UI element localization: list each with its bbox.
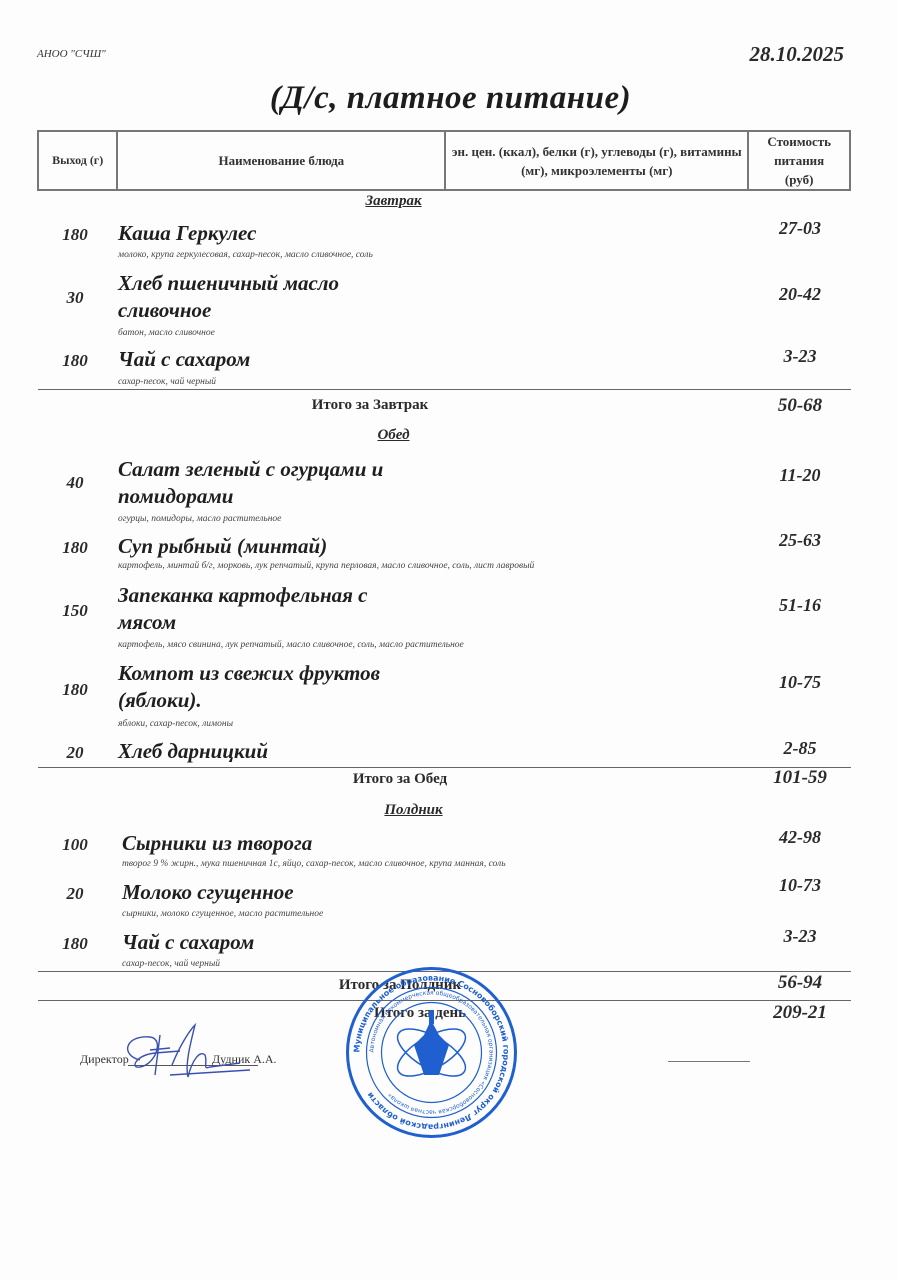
item-cost: 27-03: [755, 218, 845, 239]
header-dish-name: Наименование блюда: [117, 131, 445, 190]
official-stamp-icon: Муниципальное образование Сосновоборский…: [344, 965, 519, 1140]
item-name: Молоко сгущенное: [122, 879, 442, 906]
menu-table-header: Выход (г) Наименование блюда эн. цен. (к…: [37, 130, 851, 191]
item-yield: 20: [35, 884, 115, 904]
item-name: Суп рыбный (минтай): [118, 533, 438, 560]
item-yield: 40: [35, 473, 115, 493]
item-yield: 180: [35, 225, 115, 245]
item-name: Чай с сахаром: [122, 929, 442, 956]
section-title-lunch: Обед: [0, 427, 787, 444]
item-yield: 100: [35, 835, 115, 855]
item-name: Хлеб дарницкий: [118, 738, 438, 765]
item-cost: 2-85: [755, 738, 845, 759]
header-cost-line: Стоимость: [751, 132, 847, 151]
item-cost: 10-73: [755, 875, 845, 896]
handwritten-signature-icon: [110, 1015, 250, 1095]
item-cost: 51-16: [755, 595, 845, 616]
item-name: Салат зеленый с огурцами и помидорами: [118, 456, 418, 510]
item-cost: 20-42: [755, 284, 845, 305]
header-yield: Выход (г): [38, 131, 117, 190]
item-cost: 11-20: [755, 465, 845, 486]
item-cost: 10-75: [755, 672, 845, 693]
item-ingredients: картофель, мясо свинина, лук репчатый, м…: [118, 640, 464, 650]
organization-name: АНОО "СЧШ": [37, 48, 106, 60]
item-name: Каша Геркулес: [118, 220, 438, 247]
divider: [38, 389, 851, 390]
item-yield: 20: [35, 743, 115, 763]
item-ingredients: сырники, молоко сгущенное, масло растите…: [122, 909, 323, 919]
item-name: Хлеб пшеничный масло сливочное: [118, 270, 398, 324]
lunch-total-value: 101-59: [755, 767, 845, 789]
item-cost: 42-98: [755, 827, 845, 848]
item-ingredients: молоко, крупа геркулесовая, сахар-песок,…: [118, 250, 373, 260]
item-ingredients: картофель, минтай б/г, морковь, лук репч…: [118, 561, 534, 571]
breakfast-total-label: Итого за Завтрак: [200, 397, 540, 414]
section-title-snack: Полдник: [20, 802, 807, 819]
item-ingredients: сахар-песок, чай черный: [122, 959, 220, 969]
item-name: Запеканка картофельная с мясом: [118, 582, 418, 636]
item-name: Сырники из творога: [122, 830, 442, 857]
item-ingredients: сахар-песок, чай черный: [118, 377, 216, 387]
blank-line: [668, 1061, 750, 1062]
page-title: (Д/с, платное питание): [0, 80, 897, 117]
snack-total-value: 56-94: [755, 972, 845, 994]
item-ingredients: батон, масло сливочное: [118, 328, 215, 338]
item-yield: 150: [35, 601, 115, 621]
item-cost: 3-23: [755, 926, 845, 947]
item-yield: 180: [35, 351, 115, 371]
item-cost: 25-63: [755, 530, 845, 551]
page-title-text: (Д/с, платное питание): [270, 80, 631, 116]
item-name: Компот из свежих фруктов (яблоки).: [118, 660, 438, 714]
day-total-value: 209-21: [755, 1002, 845, 1024]
header-cost-line: (руб): [751, 170, 847, 189]
item-ingredients: творог 9 % жирн., мука пшеничная 1с, яйц…: [122, 859, 506, 869]
header-cost-line: питания: [751, 151, 847, 170]
item-yield: 180: [35, 934, 115, 954]
header-cost: Стоимость питания (руб): [748, 131, 850, 190]
item-name: Чай с сахаром: [118, 346, 438, 373]
divider: [38, 767, 851, 768]
item-yield: 30: [35, 288, 115, 308]
item-ingredients: огурцы, помидоры, масло растительное: [118, 514, 281, 524]
lunch-total-label: Итого за Обед: [230, 771, 570, 788]
item-yield: 180: [35, 538, 115, 558]
menu-date: 28.10.2025: [750, 42, 845, 67]
breakfast-total-value: 50-68: [755, 395, 845, 417]
item-ingredients: яблоки, сахар-песок, лимоны: [118, 719, 233, 729]
section-title-breakfast: Завтрак: [0, 193, 787, 210]
header-nutrition: эн. цен. (ккал), белки (г), углеводы (г)…: [445, 131, 748, 190]
item-yield: 180: [35, 680, 115, 700]
item-cost: 3-23: [755, 346, 845, 367]
